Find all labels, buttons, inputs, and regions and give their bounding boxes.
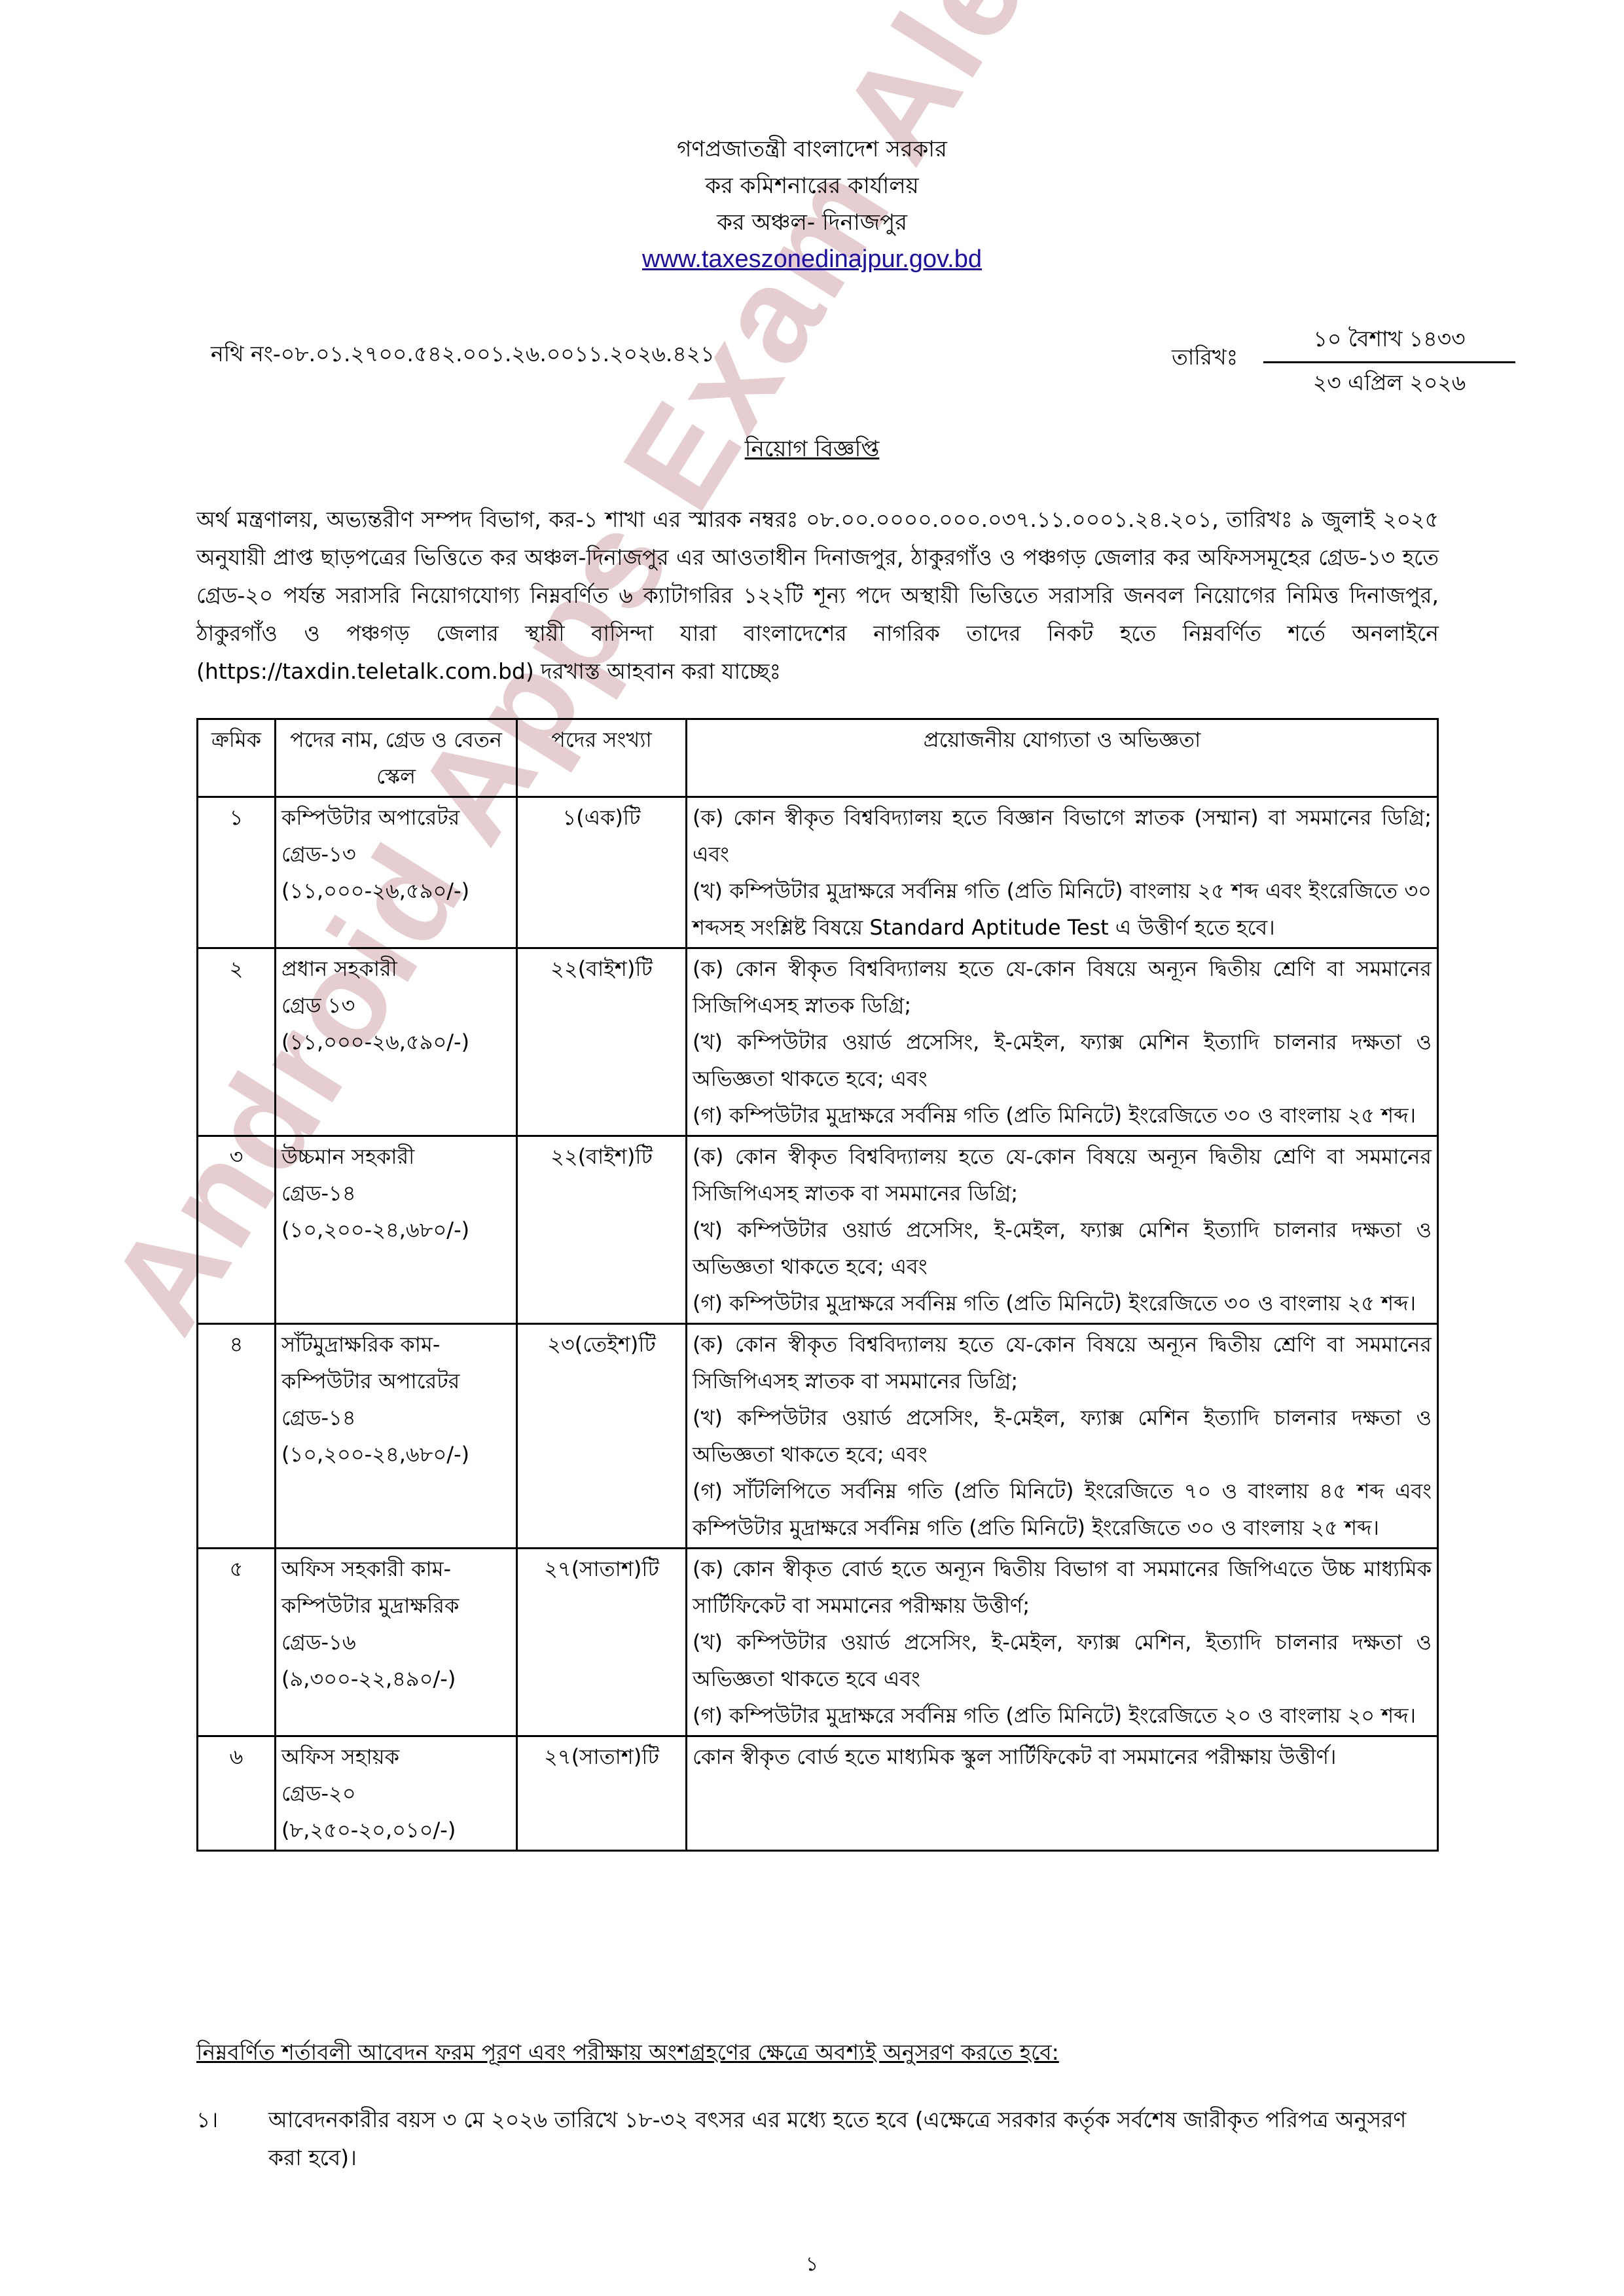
post-name: অফিস সহায়ক: [281, 1738, 511, 1775]
qualifications-cell: (ক) কোন স্বীকৃত বিশ্ববিদ্যালয় হতে যে-কো…: [687, 1136, 1438, 1324]
table-row: ২প্রধান সহকারীগ্রেড ১৩(১১,০০০-২৬,৫৯০/-)২…: [198, 948, 1438, 1136]
post-name: সাঁটমুদ্রাক্ষরিক কাম-কম্পিউটার অপারেটর: [281, 1326, 511, 1399]
condition-number: ১।: [196, 2101, 218, 2139]
post-grade: গ্রেড ১৩: [281, 987, 511, 1024]
post-cell: সাঁটমুদ্রাক্ষরিক কাম-কম্পিউটার অপারেটরগ্…: [276, 1324, 517, 1549]
pay-scale: (১০,২০০-২৪,৬৮০/-): [281, 1436, 511, 1473]
qualification-item: (ক) কোন স্বীকৃত বিশ্ববিদ্যালয় হতে যে-কো…: [693, 1138, 1432, 1211]
qualification-item: (খ) কম্পিউটার মুদ্রাক্ষরে সর্বনিম্ন গতি …: [693, 872, 1432, 946]
letterhead: গণপ্রজাতন্ত্রী বাংলাদেশ সরকার কর কমিশনার…: [0, 131, 1624, 278]
table-header-row: ক্রমিক পদের নাম, গ্রেড ও বেতন স্কেল পদের…: [198, 719, 1438, 797]
count-cell: ২৭(সাতাশ)টি: [517, 1549, 687, 1736]
post-name: প্রধান সহকারী: [281, 950, 511, 987]
qualification-item: কোন স্বীকৃত বোর্ড হতে মাধ্যমিক স্কুল সার…: [693, 1738, 1432, 1775]
qualifications-cell: (ক) কোন স্বীকৃত বিশ্ববিদ্যালয় হতে যে-কো…: [687, 1324, 1438, 1549]
qualification-item: (খ) কম্পিউটার ওয়ার্ড প্রসেসিং, ই-মেইল, …: [693, 1211, 1432, 1285]
post-grade: গ্রেড-১৬: [281, 1624, 511, 1660]
qualification-item: (গ) কম্পিউটার মুদ্রাক্ষরে সর্বনিম্ন গতি …: [693, 1285, 1432, 1321]
post-name: অফিস সহকারী কাম-কম্পিউটার মুদ্রাক্ষরিক: [281, 1551, 511, 1624]
notice-title: নিয়োগ বিজ্ঞপ্তি: [0, 432, 1624, 469]
date-bangla: ১০ বৈশাখ ১৪৩৩: [1263, 321, 1515, 363]
count-cell: ২৭(সাতাশ)টি: [517, 1736, 687, 1851]
pay-scale: (১০,২০০-২৪,৬৮০/-): [281, 1211, 511, 1248]
qualification-item: (গ) কম্পিউটার মুদ্রাক্ষরে সর্বনিম্ন গতি …: [693, 1097, 1432, 1134]
conditions-heading: নিম্নবর্ণিত শর্তাবলী আবেদন ফরম পূরণ এবং …: [196, 2036, 1059, 2072]
header-count: পদের সংখ্যা: [517, 719, 687, 797]
document-page: Android Apps Exam Alert গণপ্রজাতন্ত্রী ব…: [0, 0, 1624, 2296]
zone-name: কর অঞ্চল- দিনাজপুর: [0, 204, 1624, 241]
post-name: কম্পিউটার অপারেটর: [281, 799, 511, 836]
qualification-item: (ক) কোন স্বীকৃত বিশ্ববিদ্যালয় হতে যে-কো…: [693, 1326, 1432, 1399]
qualification-item: (ক) কোন স্বীকৃত বিশ্ববিদ্যালয় হতে যে-কো…: [693, 950, 1432, 1024]
condition-item: ১। আবেদনকারীর বয়স ৩ মে ২০২৬ তারিখে ১৮-৩…: [196, 2101, 1439, 2177]
date-label: তারিখঃ: [1172, 340, 1238, 377]
count-cell: ২২(বাইশ)টি: [517, 1136, 687, 1324]
pay-scale: (১১,০০০-২৬,৫৯০/-): [281, 1024, 511, 1060]
table-row: ৪সাঁটমুদ্রাক্ষরিক কাম-কম্পিউটার অপারেটরগ…: [198, 1324, 1438, 1549]
office-name: কর কমিশনারের কার্যালয়: [0, 168, 1624, 204]
post-grade: গ্রেড-১৩: [281, 836, 511, 872]
count-cell: ২৩(তেইশ)টি: [517, 1324, 687, 1549]
post-cell: প্রধান সহকারীগ্রেড ১৩(১১,০০০-২৬,৫৯০/-): [276, 948, 517, 1136]
posts-table: ক্রমিক পদের নাম, গ্রেড ও বেতন স্কেল পদের…: [196, 718, 1439, 1852]
count-cell: ১(এক)টি: [517, 797, 687, 948]
post-cell: উচ্চমান সহকারীগ্রেড-১৪(১০,২০০-২৪,৬৮০/-): [276, 1136, 517, 1324]
post-name: উচ্চমান সহকারী: [281, 1138, 511, 1175]
serial-cell: ৩: [198, 1136, 276, 1324]
count-cell: ২২(বাইশ)টি: [517, 948, 687, 1136]
post-cell: কম্পিউটার অপারেটরগ্রেড-১৩(১১,০০০-২৬,৫৯০/…: [276, 797, 517, 948]
table-row: ৩উচ্চমান সহকারীগ্রেড-১৪(১০,২০০-২৪,৬৮০/-)…: [198, 1136, 1438, 1324]
pay-scale: (১১,০০০-২৬,৫৯০/-): [281, 872, 511, 909]
government-name: গণপ্রজাতন্ত্রী বাংলাদেশ সরকার: [0, 131, 1624, 168]
serial-cell: ৪: [198, 1324, 276, 1549]
post-cell: অফিস সহকারী কাম-কম্পিউটার মুদ্রাক্ষরিকগ্…: [276, 1549, 517, 1736]
post-cell: অফিস সহায়কগ্রেড-২০(৮,২৫০-২০,০১০/-): [276, 1736, 517, 1851]
qualifications-cell: কোন স্বীকৃত বোর্ড হতে মাধ্যমিক স্কুল সার…: [687, 1736, 1438, 1851]
qualifications-cell: (ক) কোন স্বীকৃত বিশ্ববিদ্যালয় হতে যে-কো…: [687, 948, 1438, 1136]
post-grade: গ্রেড-২০: [281, 1775, 511, 1812]
qualification-item: (গ) কম্পিউটার মুদ্রাক্ষরে সর্বনিম্ন গতি …: [693, 1697, 1432, 1734]
post-grade: গ্রেড-১৪: [281, 1175, 511, 1211]
qualification-item: (ক) কোন স্বীকৃত বিশ্ববিদ্যালয় হতে বিজ্ঞ…: [693, 799, 1432, 872]
pay-scale: (৮,২৫০-২০,০১০/-): [281, 1812, 511, 1848]
qualifications-cell: (ক) কোন স্বীকৃত বিশ্ববিদ্যালয় হতে বিজ্ঞ…: [687, 797, 1438, 948]
qualification-item: (খ) কম্পিউটার ওয়ার্ড প্রসেসিং, ই-মেইল, …: [693, 1624, 1432, 1697]
header-qualifications: প্রয়োজনীয় যোগ্যতা ও অভিজ্ঞতা: [687, 719, 1438, 797]
post-grade: গ্রেড-১৪: [281, 1399, 511, 1436]
serial-cell: ৬: [198, 1736, 276, 1851]
serial-cell: ১: [198, 797, 276, 948]
serial-cell: ২: [198, 948, 276, 1136]
qualification-item: (গ) সাঁটলিপিতে সর্বনিম্ন গতি (প্রতি মিনি…: [693, 1473, 1432, 1546]
header-serial: ক্রমিক: [198, 719, 276, 797]
qualifications-cell: (ক) কোন স্বীকৃত বোর্ড হতে অন্যূন দ্বিতীয…: [687, 1549, 1438, 1736]
pay-scale: (৯,৩০০-২২,৪৯০/-): [281, 1660, 511, 1697]
page-number: ১: [0, 2248, 1624, 2282]
condition-text: আবেদনকারীর বয়স ৩ মে ২০২৬ তারিখে ১৮-৩২ ব…: [268, 2101, 1439, 2177]
qualification-item: (খ) কম্পিউটার ওয়ার্ড প্রসেসিং, ই-মেইল, …: [693, 1399, 1432, 1473]
table-row: ৬অফিস সহায়কগ্রেড-২০(৮,২৫০-২০,০১০/-)২৭(স…: [198, 1736, 1438, 1851]
table-row: ১কম্পিউটার অপারেটরগ্রেড-১৩(১১,০০০-২৬,৫৯০…: [198, 797, 1438, 948]
website-link[interactable]: www.taxeszonedinajpur.gov.bd: [642, 245, 982, 273]
table-row: ৫অফিস সহকারী কাম-কম্পিউটার মুদ্রাক্ষরিকগ…: [198, 1549, 1438, 1736]
date-gregorian: ২৩ এপ্রিল ২০২৬: [1263, 363, 1515, 403]
memo-number: নথি নং-০৮.০১.২৭০০.৫৪২.০০১.২৬.০০১১.২০২৬.৪…: [211, 337, 715, 374]
qualification-item: (খ) কম্পিউটার ওয়ার্ড প্রসেসিং, ই-মেইল, …: [693, 1024, 1432, 1097]
qualification-item: (ক) কোন স্বীকৃত বোর্ড হতে অন্যূন দ্বিতীয…: [693, 1551, 1432, 1624]
intro-paragraph: অর্থ মন্ত্রণালয়, অভ্যন্তরীণ সম্পদ বিভাগ…: [196, 501, 1439, 691]
header-post: পদের নাম, গ্রেড ও বেতন স্কেল: [276, 719, 517, 797]
serial-cell: ৫: [198, 1549, 276, 1736]
